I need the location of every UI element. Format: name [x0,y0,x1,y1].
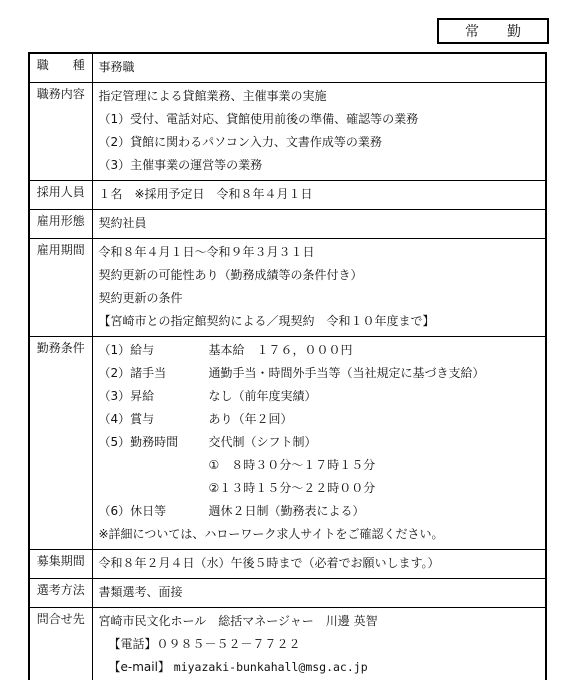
contact-phone-label: 【電話】 [109,637,157,651]
condition-holidays-desc: 週休２日制（勤務表による） [209,504,365,518]
employment-period-condition-title: 契約更新の条件 [99,287,540,310]
job-type-text: 事務職 [99,56,540,79]
employment-period-dates: 令和８年４月１日～令和９年３月３１日 [99,241,540,264]
row-value-contact: 宮崎市民文化ホール 総括マネージャー 川邊 英智 【電話】０９８５－５２－７７２… [92,608,546,680]
row-value-employment-form: 契約社員 [92,210,546,239]
condition-hours-desc: 交代制（シフト制） [209,435,317,449]
condition-bonus-term: （4）賞与 [99,408,209,431]
table-row-job-description: 職務内容 指定管理による貸館業務、主催事業の実施 （1）受付、電話対応、貸館使用… [29,83,546,181]
condition-raise-desc: なし（前年度実績） [209,389,317,403]
row-label-selection-method: 選考方法 [29,579,92,608]
condition-allowances-term: （2）諸手当 [99,362,209,385]
condition-bonus-desc: あり（年２回） [209,412,293,426]
table-row-selection-method: 選考方法 書類選考、面接 [29,579,546,608]
row-value-selection-method: 書類選考、面接 [92,579,546,608]
employment-type-badge: 常 勤 [437,18,549,44]
shift-1: ① ８時３０分～１７時１５分 [209,454,540,477]
job-details-table: 職 種 事務職 職務内容 指定管理による貸館業務、主催事業の実施 （1）受付、電… [28,52,547,680]
employment-period-condition-detail: 【宮崎市との指定館契約による／現契約 令和１０年度まで】 [99,310,540,333]
row-label-work-conditions: 勤務条件 [29,337,92,550]
contact-email-address: miyazaki-bunkahall@msg.ac.jp [174,660,368,674]
condition-raise-term: （3）昇給 [99,385,209,408]
job-posting-document: 常 勤 職 種 事務職 職務内容 指定管理による貸館業務、主催事業の実施 （1）… [0,0,569,680]
condition-salary: （1）給与基本給 １７６，０００円 [99,339,540,362]
row-value-application-period: 令和８年２月４日（水）午後５時まで（必着でお願いします。） [92,550,546,579]
condition-allowances: （2）諸手当通勤手当・時間外手当等（当社規定に基づき支給） [99,362,540,385]
job-description-intro: 指定管理による貸館業務、主催事業の実施 [99,85,540,108]
table-row-headcount: 採用人員 １名 ※採用予定日 令和８年４月１日 [29,181,546,210]
employment-period-renewal: 契約更新の可能性あり（勤務成績等の条件付き） [99,264,540,287]
selection-method-text: 書類選考、面接 [99,581,540,604]
contact-phone-line: 【電話】０９８５－５２－７７２２ [109,633,540,656]
row-label-job-description: 職務内容 [29,83,92,181]
table-row-application-period: 募集期間 令和８年２月４日（水）午後５時まで（必着でお願いします。） [29,550,546,579]
condition-raise: （3）昇給なし（前年度実績） [99,385,540,408]
row-label-employment-form: 雇用形態 [29,210,92,239]
condition-salary-term: （1）給与 [99,339,209,362]
row-value-work-conditions: （1）給与基本給 １７６，０００円 （2）諸手当通勤手当・時間外手当等（当社規定… [92,337,546,550]
row-value-job-type: 事務職 [92,53,546,83]
contact-email-line: 【e-mail】 miyazaki-bunkahall@msg.ac.jp [109,656,540,679]
table-row-contact: 問合せ先 宮崎市民文化ホール 総括マネージャー 川邊 英智 【電話】０９８５－５… [29,608,546,680]
condition-salary-desc: 基本給 １７６，０００円 [209,343,353,357]
table-row-employment-form: 雇用形態 契約社員 [29,210,546,239]
application-period-text: 令和８年２月４日（水）午後５時まで（必着でお願いします。） [99,552,540,575]
row-value-job-description: 指定管理による貸館業務、主催事業の実施 （1）受付、電話対応、貸館使用前後の準備… [92,83,546,181]
contact-phone-number: ０９８５－５２－７７２２ [157,637,301,651]
contact-person: 宮崎市民文化ホール 総括マネージャー 川邊 英智 [99,610,540,633]
condition-allowances-desc: 通勤手当・時間外手当等（当社規定に基づき支給） [209,366,485,380]
job-description-item-1: （1）受付、電話対応、貸館使用前後の準備、確認等の業務 [99,108,540,131]
job-description-item-2: （2）貸館に関わるパソコン入力、文書作成等の業務 [99,131,540,154]
row-value-headcount: １名 ※採用予定日 令和８年４月１日 [92,181,546,210]
table-row-employment-period: 雇用期間 令和８年４月１日～令和９年３月３１日 契約更新の可能性あり（勤務成績等… [29,239,546,337]
job-description-item-3: （3）主催事業の運営等の業務 [99,154,540,177]
row-label-contact: 問合せ先 [29,608,92,680]
condition-hours-term: （5）勤務時間 [99,431,209,454]
headcount-text: １名 ※採用予定日 令和８年４月１日 [99,183,540,206]
table-row-work-conditions: 勤務条件 （1）給与基本給 １７６，０００円 （2）諸手当通勤手当・時間外手当等… [29,337,546,550]
row-label-employment-period: 雇用期間 [29,239,92,337]
condition-holidays-term: （6）休日等 [99,500,209,523]
row-label-application-period: 募集期間 [29,550,92,579]
employment-type-label: 常 勤 [465,21,521,41]
condition-hours: （5）勤務時間交代制（シフト制） [99,431,540,454]
table-row-job-type: 職 種 事務職 [29,53,546,83]
row-label-job-type: 職 種 [29,53,92,83]
condition-holidays: （6）休日等週休２日制（勤務表による） [99,500,540,523]
shift-2: ②１３時１５分～２２時００分 [209,477,540,500]
conditions-note: ※詳細については、ハローワーク求人サイトをご確認ください。 [99,523,540,546]
employment-form-text: 契約社員 [99,212,540,235]
row-value-employment-period: 令和８年４月１日～令和９年３月３１日 契約更新の可能性あり（勤務成績等の条件付き… [92,239,546,337]
contact-email-label: 【e-mail】 [109,660,170,674]
condition-bonus: （4）賞与あり（年２回） [99,408,540,431]
row-label-headcount: 採用人員 [29,181,92,210]
